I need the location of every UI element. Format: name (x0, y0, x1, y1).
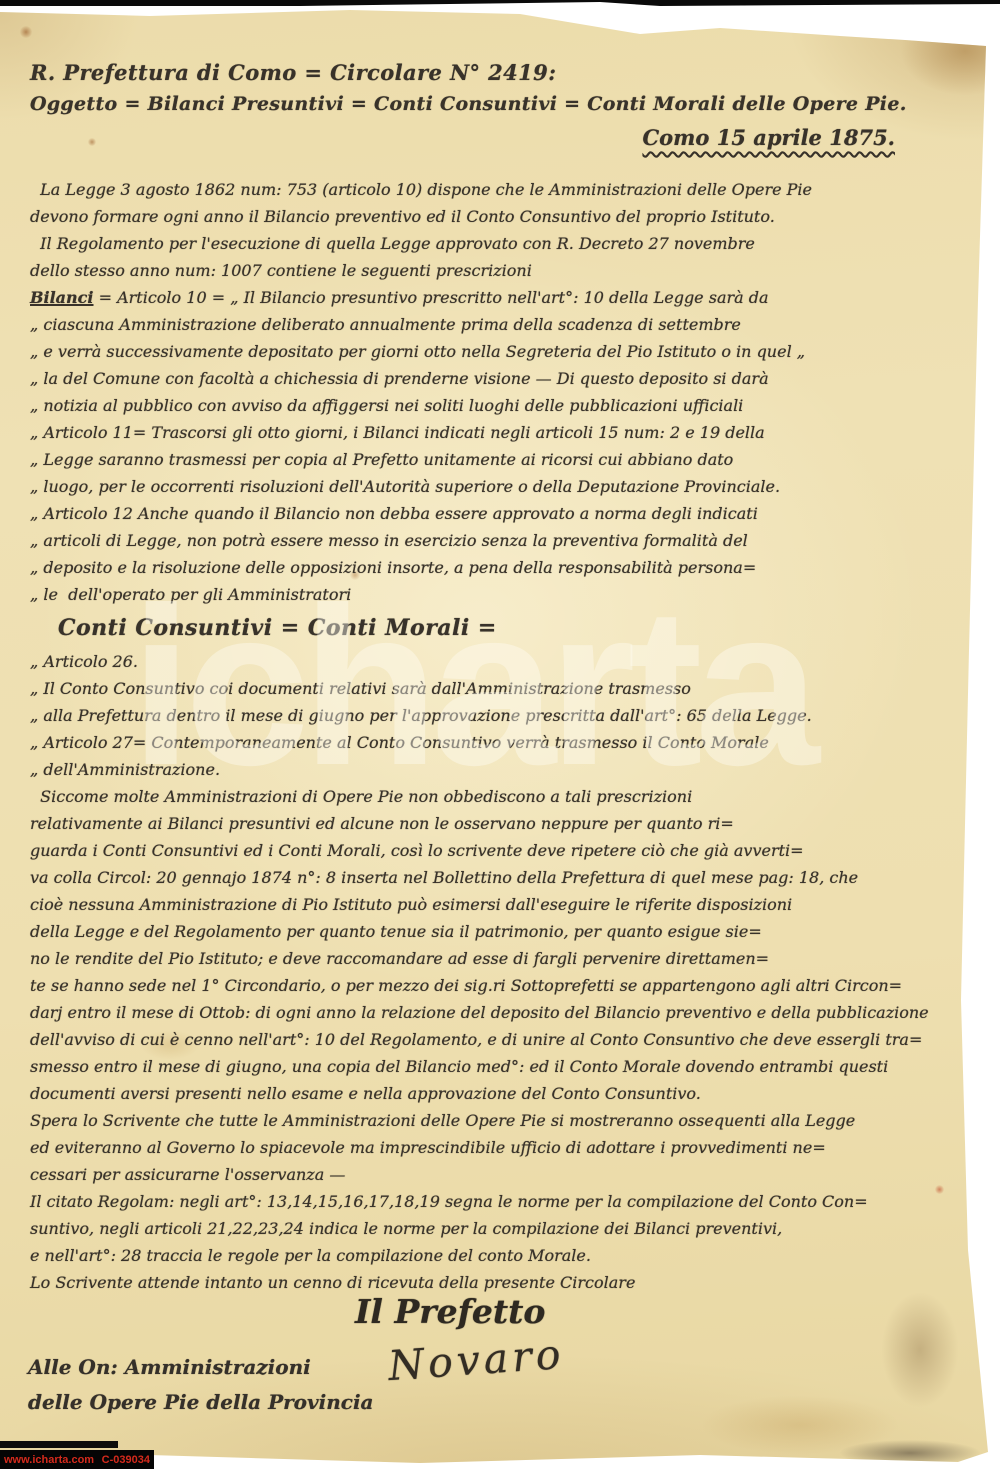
paragraph-conti-articles: „ Articolo 26. „ Il Conto Consuntivo coi… (30, 648, 965, 783)
watermark-code-label: C-039034 (102, 1454, 150, 1466)
document-title: R. Prefettura di Como = Circolare N° 241… (30, 60, 965, 85)
paragraph-siccome: Siccome molte Amministrazioni di Opere P… (30, 783, 965, 1107)
watermark-bar: www.icharta.com C-039034 (0, 1450, 154, 1469)
scanner-edge-bar (0, 0, 1000, 6)
signature-name: Novaro (387, 1330, 566, 1390)
stain (700, 1395, 900, 1455)
stain (880, 1290, 960, 1410)
conti-heading: Conti Consuntivi = Conti Morali = (58, 612, 965, 644)
recipient-address: Alle On: Amministrazioni delle Opere Pie… (28, 1350, 374, 1420)
signature-title: Il Prefetto (355, 1292, 545, 1331)
paragraph-bilanci: Bilanci = Articolo 10 = „ Il Bilancio pr… (30, 284, 965, 311)
document-subject: Oggetto = Bilanci Presuntivi = Conti Con… (30, 93, 965, 115)
paragraph-regolamento: Il citato Regolam: negli art°: 13,14,15,… (30, 1188, 965, 1296)
paragraph-intro: La Legge 3 agosto 1862 num: 753 (articol… (30, 176, 965, 284)
paragraph-spera: Spera lo Scrivente che tutte le Amminist… (30, 1107, 965, 1188)
bilanci-heading: Bilanci (30, 288, 94, 307)
stain (840, 1440, 980, 1466)
paper-edge-shadow (0, 1441, 118, 1448)
paragraph-bilanci-articles: „ ciascuna Amministrazione deliberato an… (30, 311, 965, 608)
watermark-site-label: www.icharta.com (4, 1454, 94, 1466)
document-paper: R. Prefettura di Como = Circolare N° 241… (0, 0, 1000, 1474)
foxing-spot (20, 26, 32, 38)
document-dateline: Como 15 aprile 1875. (30, 125, 895, 150)
bilanci-first-line: = Articolo 10 = „ Il Bilancio presuntivo… (94, 288, 769, 307)
